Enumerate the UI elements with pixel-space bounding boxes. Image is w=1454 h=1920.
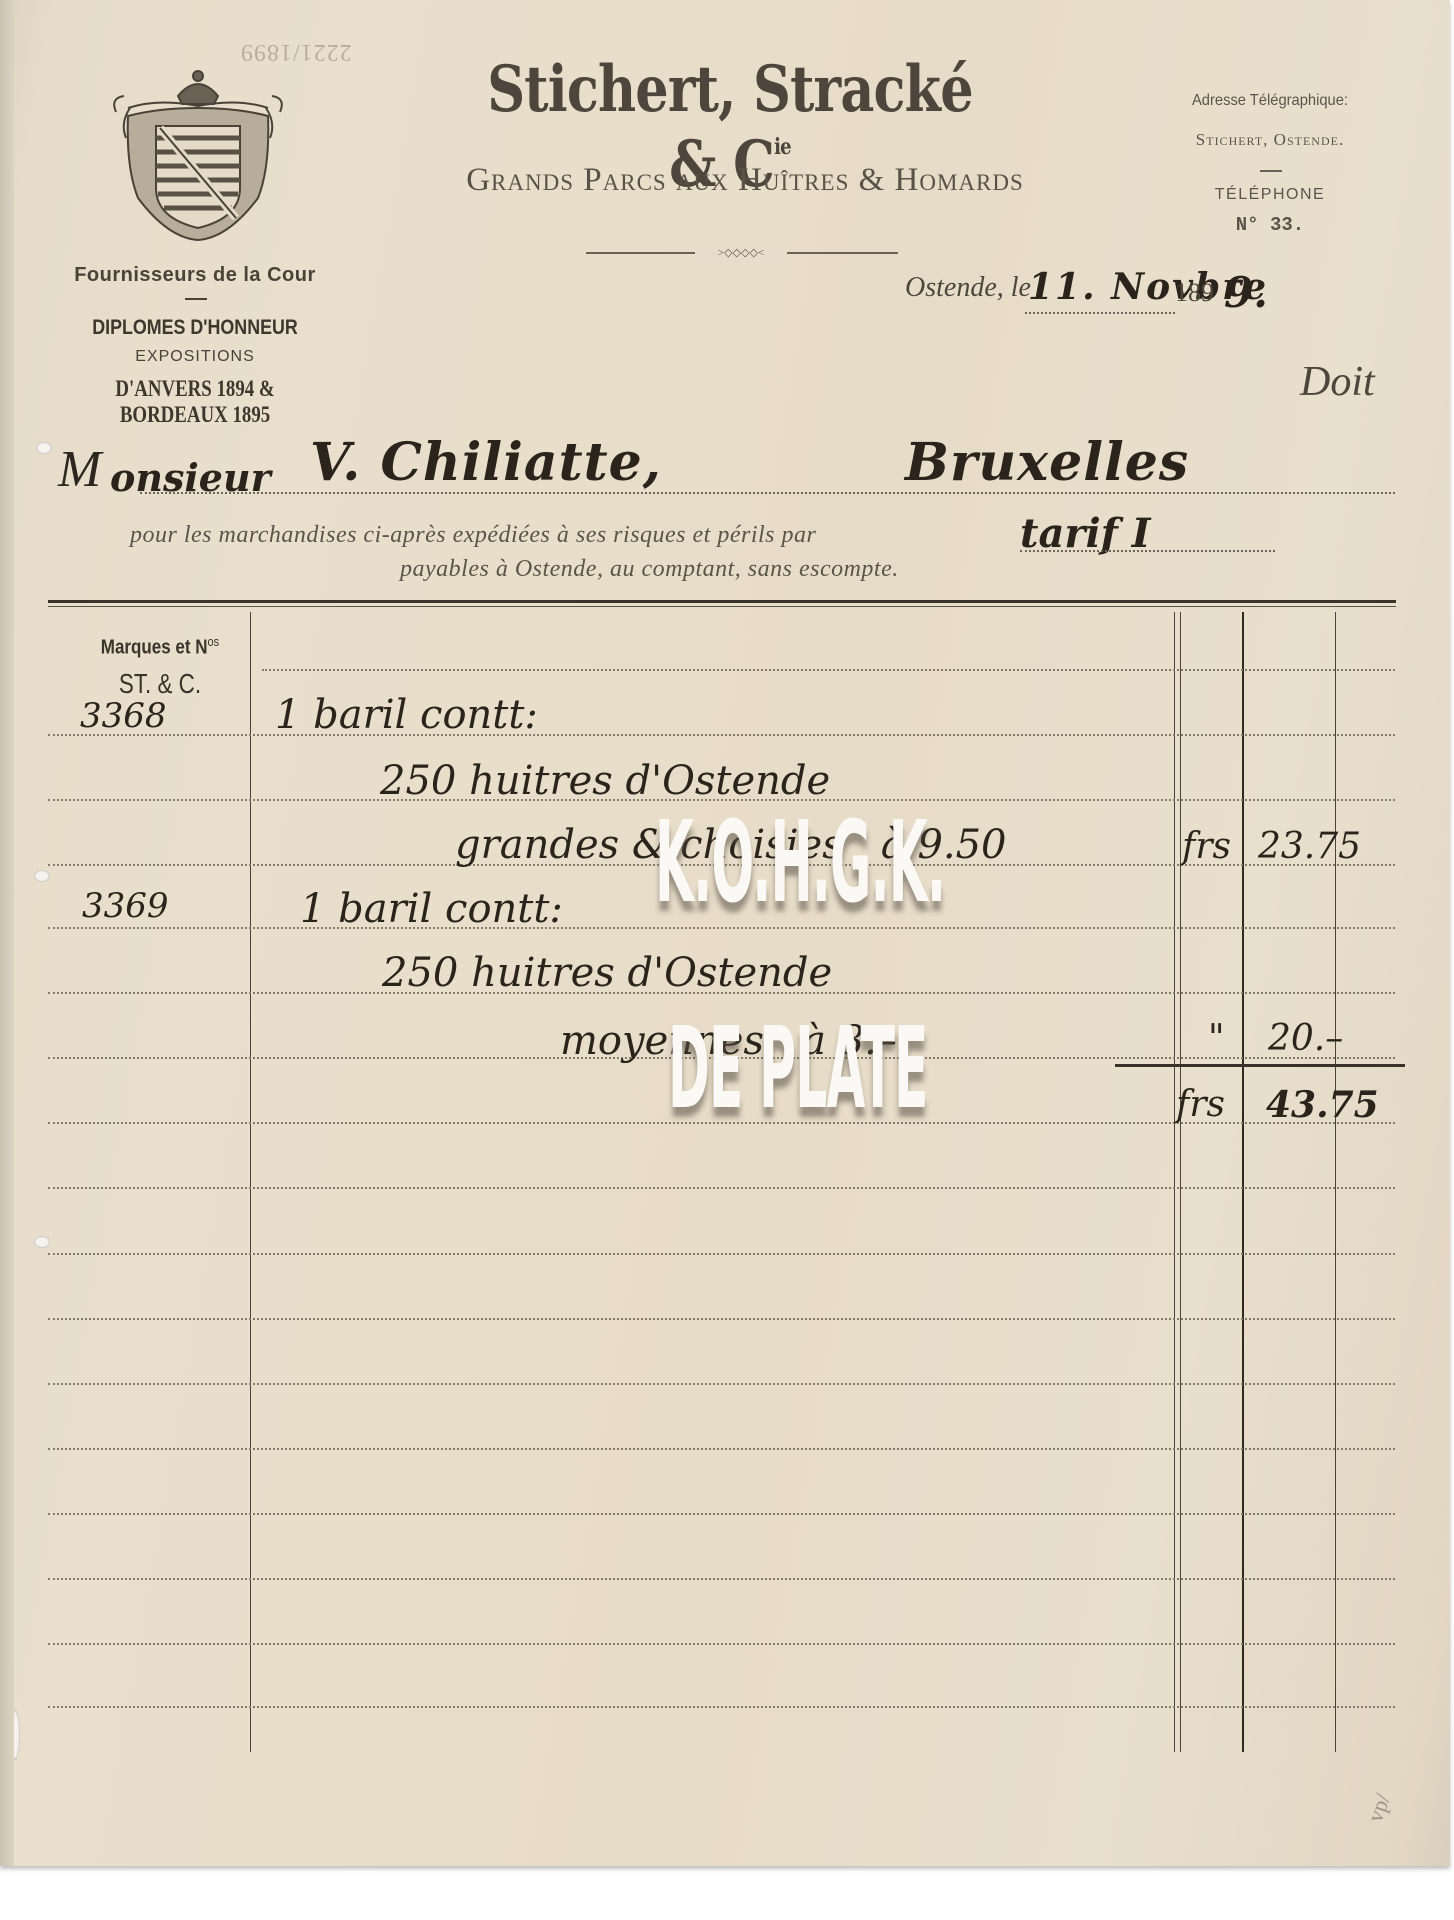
expositions-text: EXPOSITIONS	[40, 348, 350, 366]
doit-label: Doit	[1300, 358, 1375, 406]
marks-column-header: Marques et Nos	[75, 634, 245, 660]
ruled-line	[48, 1578, 1395, 1580]
ruled-line	[48, 1187, 1395, 1189]
marks-header-text: Marques et N	[101, 637, 208, 659]
ruled-line	[48, 1383, 1395, 1385]
royal-coat-of-arms-icon	[108, 68, 288, 243]
client-name: V. Chiliatte,	[310, 432, 662, 493]
ruled-line	[262, 669, 1395, 671]
year-printed: 189	[1175, 278, 1214, 308]
telegraph-address: Stichert, Ostende.	[1140, 130, 1400, 150]
row-amount: 23.75	[1258, 826, 1361, 867]
phone-number: N° 33.	[1140, 214, 1400, 236]
currency-column-divider-double	[1180, 612, 1181, 1752]
ruled-line	[48, 734, 1395, 736]
row-amount: 20.–	[1268, 1018, 1343, 1059]
pencil-annotation: 2221/1899	[240, 38, 352, 65]
phone-label: TÉLÉPHONE	[1140, 186, 1400, 204]
watermark-line-1: K.O.H.G.K.	[655, 798, 945, 928]
company-tagline: Grands Parcs aux Huîtres & Homards	[380, 162, 1110, 199]
currency-column-divider	[1174, 612, 1175, 1752]
purveyor-text: Fournisseurs de la Cour	[40, 264, 350, 287]
row-mark: 3369	[82, 886, 169, 926]
terms-line-1: pour les marchandises ci-après expédiées…	[130, 522, 816, 549]
row-currency: "	[1208, 1018, 1225, 1059]
terms-line-2: payables à Ostende, au comptant, sans es…	[400, 556, 899, 583]
row-currency: frs	[1182, 826, 1231, 867]
addressee-line	[140, 492, 1395, 494]
ruled-line	[48, 1706, 1395, 1708]
total-amount: 43.75	[1266, 1084, 1379, 1126]
row-description: 1 baril contt:	[300, 886, 563, 932]
corner-pencil-note: vp/	[1362, 1790, 1396, 1825]
shipping-line	[1020, 550, 1275, 552]
ruled-line	[48, 1643, 1395, 1645]
company-suffix: ie	[774, 134, 791, 160]
marks-column-divider	[250, 612, 251, 1752]
ornament-icon: >◇◇◇◇<	[695, 246, 787, 260]
total-currency: frs	[1176, 1084, 1225, 1125]
ruled-line	[48, 1448, 1395, 1450]
marks-header-sup: os	[208, 634, 220, 649]
paper-tear	[10, 1710, 20, 1760]
diplomas-text: DIPLOMES D'HONNEUR	[63, 316, 327, 340]
row-description: 1 baril contt:	[275, 692, 538, 738]
watermark-line-2: DE PLATE	[668, 1004, 928, 1134]
punch-hole	[34, 1236, 50, 1248]
table-top-rule	[48, 600, 1396, 603]
year-handwritten: 9.	[1224, 268, 1268, 317]
exposition-cities-text: D'ANVERS 1894 & BORDEAUX 1895	[68, 376, 322, 428]
francs-column-divider	[1242, 612, 1244, 1752]
table-top-rule-thin	[48, 606, 1396, 607]
centimes-column-divider	[1335, 612, 1336, 1752]
divider	[185, 298, 207, 300]
row-mark: 3368	[80, 696, 167, 736]
place-prefix: Ostende, le	[905, 272, 1031, 304]
ruled-line	[48, 1513, 1395, 1515]
ruled-line	[48, 1318, 1395, 1320]
ruled-line	[48, 1253, 1395, 1255]
date-line	[1025, 312, 1175, 314]
invoice-paper: 2221/1899 Fournisseurs de la Cour DIPLOM…	[0, 0, 1450, 1866]
salutation-printed: M	[58, 440, 101, 499]
client-city: Bruxelles	[905, 432, 1189, 493]
row-description: 250 huitres d'Ostende	[382, 950, 832, 996]
divider	[1260, 170, 1282, 172]
punch-hole	[36, 442, 52, 454]
total-rule	[1115, 1064, 1405, 1067]
punch-hole	[34, 870, 50, 882]
telegraph-label: Adresse Télégraphique:	[1150, 92, 1389, 110]
